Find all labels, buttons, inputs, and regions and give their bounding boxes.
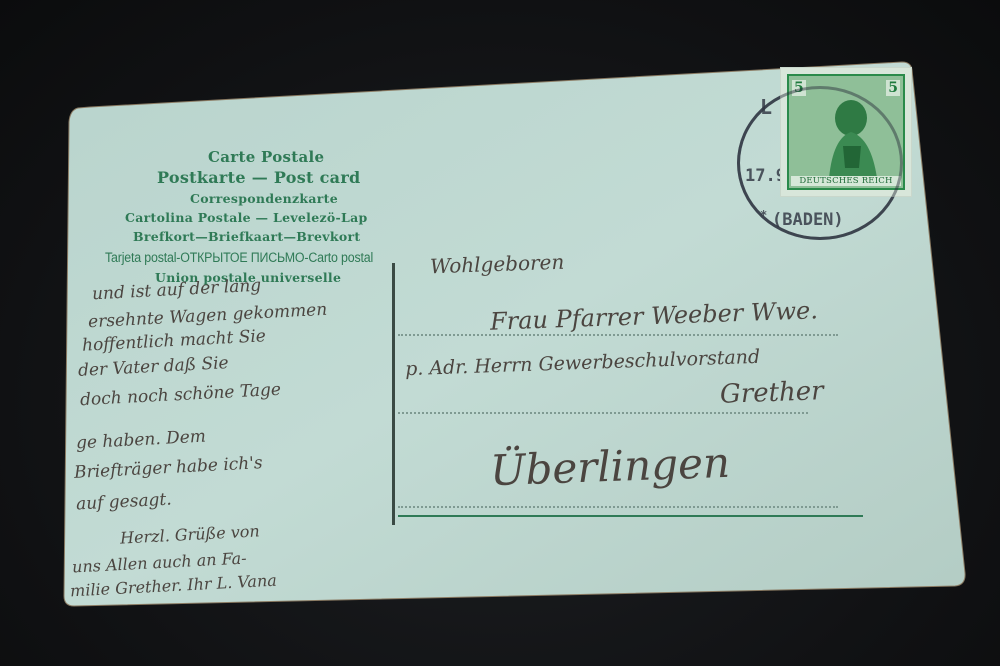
address-line-3 bbox=[398, 506, 838, 508]
header-postkarte: Postkarte — Post card bbox=[157, 168, 361, 187]
address-salutation: Wohlgeboren bbox=[430, 250, 565, 279]
postcard: Carte Postale Postkarte — Post card Corr… bbox=[0, 0, 1000, 666]
address-line-1 bbox=[398, 334, 838, 336]
header-tarjeta: Tarjeta postal-ОТКРЫТОЕ ПИСЬМО-Carto pos… bbox=[105, 250, 373, 265]
header-cartolina: Cartolina Postale — Levelezö-Lap bbox=[125, 210, 368, 225]
address-line-2 bbox=[398, 412, 808, 414]
header-correspondenzkarte: Correspondenzkarte bbox=[190, 191, 338, 206]
address-name: Grether bbox=[720, 376, 825, 410]
header-carte-postale: Carte Postale bbox=[208, 148, 324, 166]
postmark-overlay bbox=[737, 86, 903, 240]
address-baseline bbox=[398, 515, 863, 517]
address-city: Überlingen bbox=[489, 438, 730, 495]
header-brefkort: Brefkort—Briefkaart—Brevkort bbox=[133, 229, 360, 244]
vertical-divider bbox=[392, 263, 395, 525]
